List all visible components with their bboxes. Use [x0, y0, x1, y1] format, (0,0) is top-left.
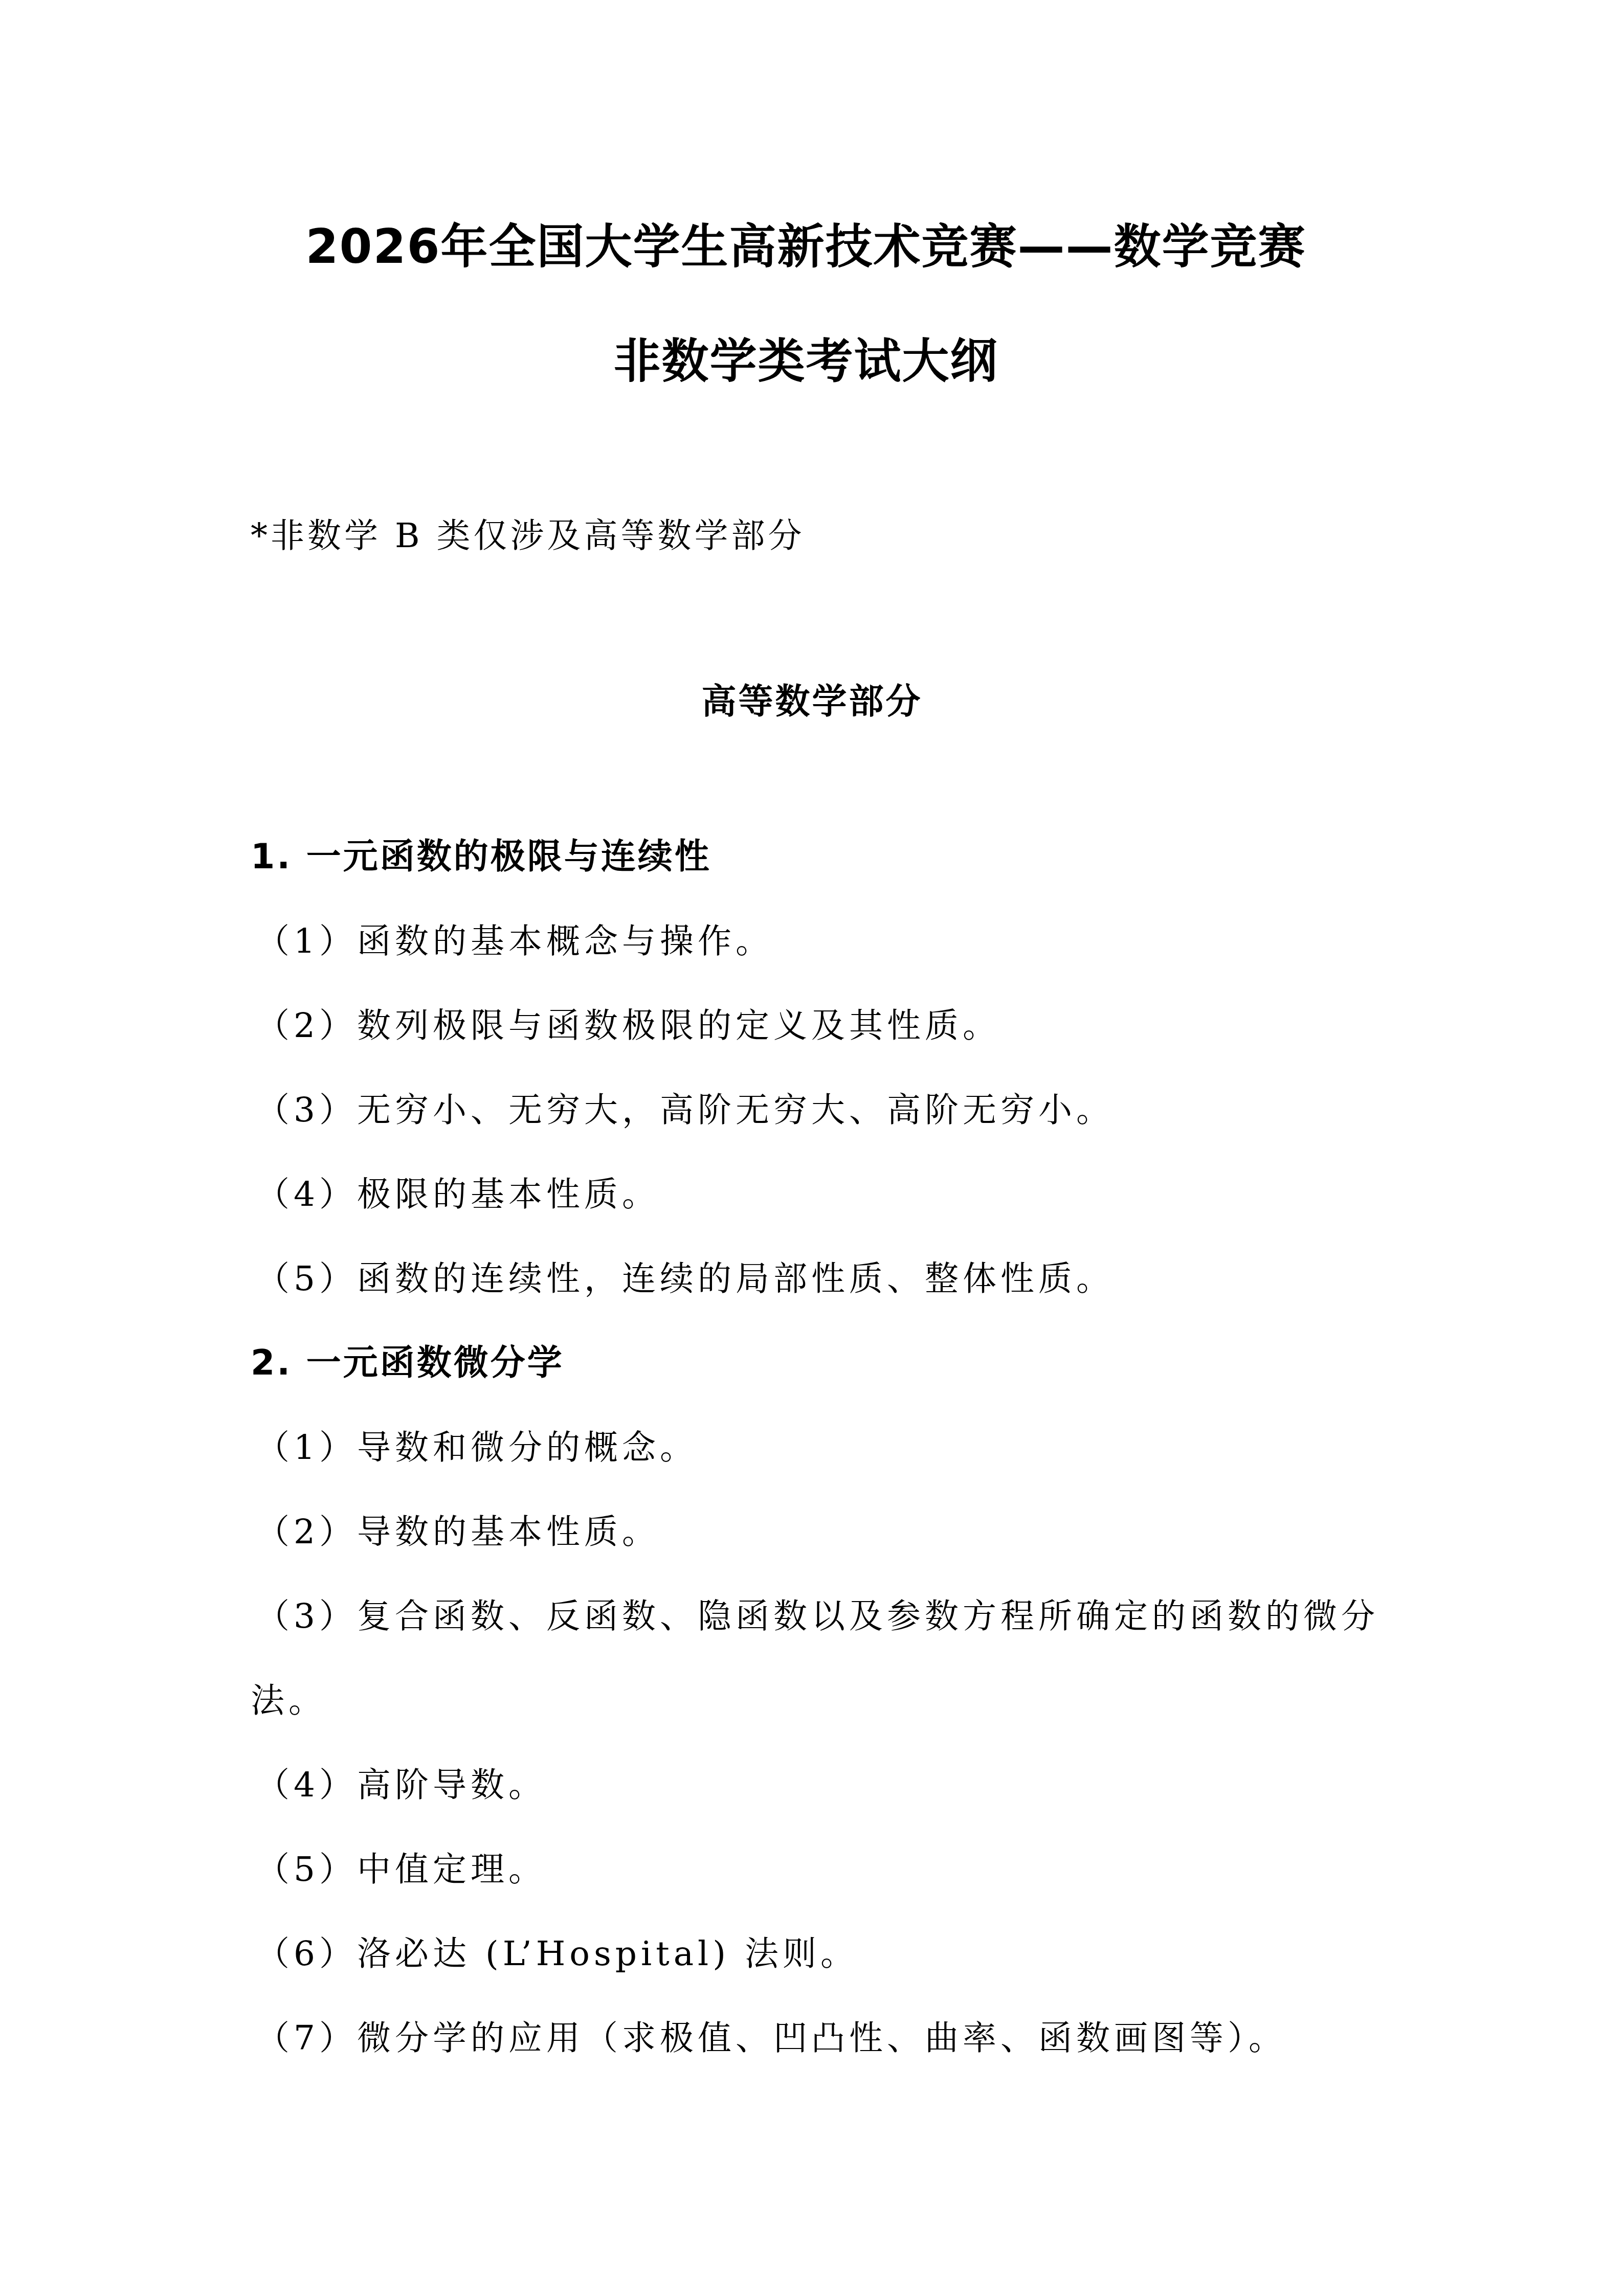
list-item: （5）中值定理。	[256, 1845, 546, 1894]
document-page: 2026年全国大学生高新技术竞赛——数学竞赛 非数学类考试大纲 *非数学 B 类…	[0, 0, 1624, 2296]
list-item: （6）洛必达 (L’Hospital) 法则。	[256, 1929, 858, 1978]
list-item: （3）无穷小、无穷大，高阶无穷大、高阶无穷小。	[256, 1086, 1114, 1135]
list-item: （3）复合函数、反函数、隐函数以及参数方程所确定的函数的微分	[256, 1592, 1379, 1641]
section-heading-differential-calculus: 2. 一元函数微分学	[251, 1339, 564, 1388]
list-item: （5）函数的连续性，连续的局部性质、整体性质。	[256, 1254, 1114, 1303]
scope-note: *非数学 B 类仅涉及高等数学部分	[251, 511, 805, 560]
list-item: （4）高阶导数。	[256, 1761, 546, 1810]
document-subtitle: 非数学类考试大纲	[0, 333, 1618, 390]
list-item: （1）函数的基本概念与操作。	[256, 917, 773, 966]
list-item: （7）微分学的应用（求极值、凹凸性、曲率、函数画图等）。	[256, 2014, 1286, 2063]
section-title-advanced-math: 高等数学部分	[0, 678, 1624, 727]
list-item: （2）导数的基本性质。	[256, 1507, 660, 1557]
section-heading-limits-continuity: 1. 一元函数的极限与连续性	[251, 832, 711, 882]
list-item: （1）导数和微分的概念。	[256, 1423, 698, 1472]
list-item-continuation: 法。	[251, 1676, 326, 1725]
list-item: （4）极限的基本性质。	[256, 1170, 660, 1219]
list-item: （2）数列极限与函数极限的定义及其性质。	[256, 1001, 1000, 1050]
document-title: 2026年全国大学生高新技术竞赛——数学竞赛	[0, 219, 1618, 275]
